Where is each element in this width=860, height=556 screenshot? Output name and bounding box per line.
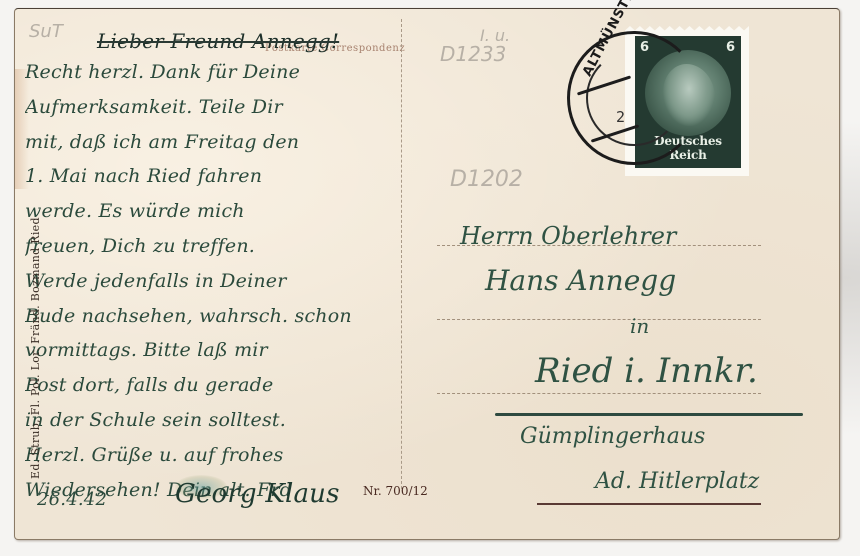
pencil-note-top-right-line2: D1233 xyxy=(440,45,510,63)
city-underline xyxy=(495,413,803,416)
postmark-cancellation: ALTMÜNSTER 2 xyxy=(567,31,701,165)
stamp-denomination-right: 6 xyxy=(726,40,735,55)
message-line: Aufmerksamkeit. Teile Dir xyxy=(25,90,397,125)
message-body: Recht herzl. Dank für DeineAufmerksamkei… xyxy=(25,55,397,507)
address-city: Ried i. Innkr. xyxy=(535,351,758,391)
message-line: freuen, Dich zu treffen. xyxy=(25,229,397,264)
message-line: Bude nachsehen, wahrsch. schon xyxy=(25,299,397,334)
center-divider xyxy=(401,19,402,489)
address-title: Herrn Oberlehrer xyxy=(460,222,676,250)
pencil-note-top-right: I. u. D1233 xyxy=(440,27,510,63)
message-text: Lieber Freund Annegg! Recht herzl. Dank … xyxy=(25,29,397,507)
message-line: vormittags. Bitte laß mir xyxy=(25,333,397,368)
signature-row: 26.4.42 Georg Klaus xyxy=(25,467,405,527)
message-line: werde. Es würde mich xyxy=(25,194,397,229)
salutation: Lieber Freund Annegg! xyxy=(97,29,397,53)
postmark-date: 2 xyxy=(616,108,625,126)
message-line: mit, daß ich am Freitag den xyxy=(25,125,397,160)
message-line: Recht herzl. Dank für Deine xyxy=(25,55,397,90)
catalog-number: Nr. 700/12 xyxy=(363,484,428,498)
message-line: in der Schule sein solltest. xyxy=(25,403,397,438)
address-in: in xyxy=(630,314,649,338)
address-building: Gümplingerhaus xyxy=(520,424,705,449)
signature: Georg Klaus xyxy=(175,479,340,509)
postcard: Postkarte Correspondenz SuT I. u. D1233 … xyxy=(14,8,840,540)
address-street: Ad. Hitlerplatz xyxy=(595,469,759,494)
message-line: 1. Mai nach Ried fahren xyxy=(25,159,397,194)
message-line: Werde jedenfalls in Deiner xyxy=(25,264,397,299)
street-underline xyxy=(537,503,761,505)
address-guide-line xyxy=(437,393,761,394)
letter-date: 26.4.42 xyxy=(37,489,107,510)
pencil-note-middle: D1202 xyxy=(450,167,523,192)
publisher-imprint: Ed. Strub, Fl. Pol. Lor. Fränd. Bozmand … xyxy=(29,217,42,479)
address-guide-line xyxy=(437,319,761,320)
address-name: Hans Annegg xyxy=(485,264,676,297)
message-line: Post dort, falls du gerade xyxy=(25,368,397,403)
